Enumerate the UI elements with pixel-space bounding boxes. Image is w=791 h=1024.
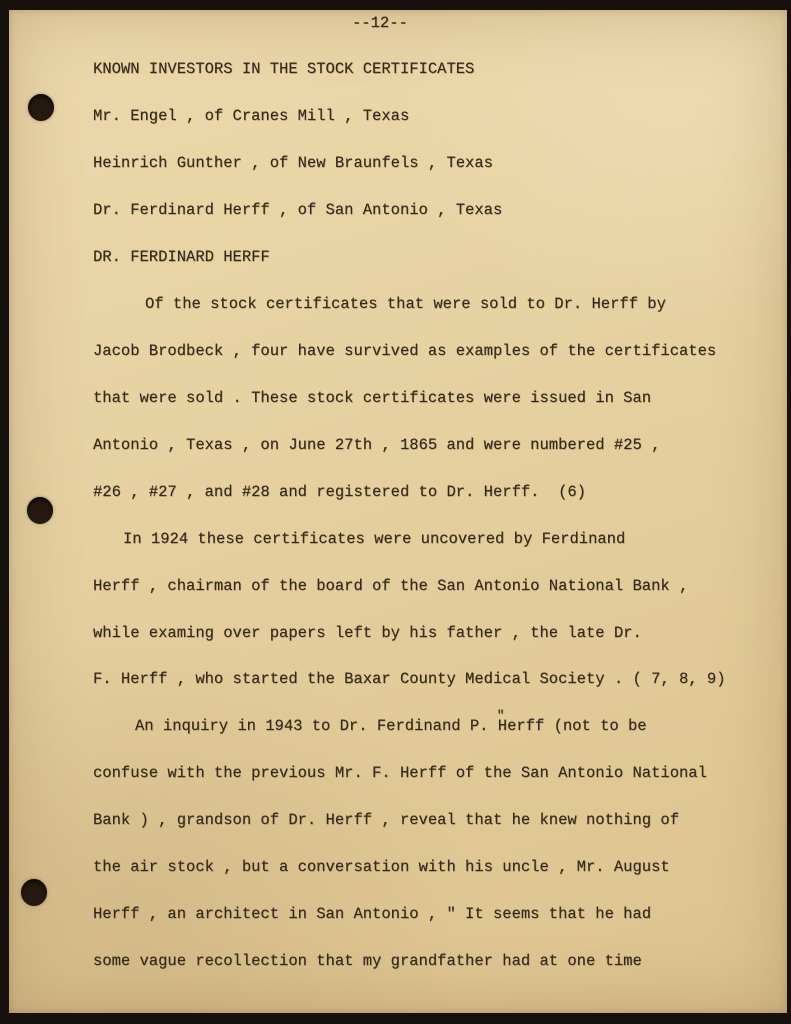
- section-heading: KNOWN INVESTORS IN THE STOCK CERTIFICATE…: [93, 60, 474, 79]
- text-line: Herff , an architect in San Antonio , " …: [93, 905, 651, 924]
- text-line: Heinrich Gunther , of New Braunfels , Te…: [93, 154, 493, 173]
- page-number: --12--: [352, 14, 408, 33]
- text-line: Dr. Ferdinard Herff , of San Antonio , T…: [93, 201, 502, 220]
- text-line: while examing over papers left by his fa…: [93, 624, 642, 643]
- section-heading: DR. FERDINARD HERFF: [93, 248, 270, 267]
- text-line: Herff , chairman of the board of the San…: [93, 577, 688, 596]
- hole-punch-bottom: [21, 879, 47, 906]
- text-line: Antonio , Texas , on June 27th , 1865 an…: [93, 436, 660, 455]
- hole-punch-top: [28, 94, 54, 121]
- scanned-typewritten-page: { "document": { "page_number": "--12--",…: [0, 0, 791, 1024]
- text-line: Jacob Brodbeck , four have survived as e…: [93, 342, 716, 361]
- hole-punch-middle: [27, 497, 53, 524]
- text-line: F. Herff , who started the Baxar County …: [93, 670, 726, 689]
- text-line: that were sold . These stock certificate…: [93, 389, 651, 408]
- text-line: the air stock , but a conversation with …: [93, 858, 670, 877]
- overstrike-mark: ″: [497, 706, 505, 725]
- text-line: In 1924 these certificates were uncovere…: [123, 530, 625, 549]
- text-line: Mr. Engel , of Cranes Mill , Texas: [93, 107, 409, 126]
- text-segment: Herff (not to be: [498, 717, 647, 735]
- text-line: some vague recollection that my grandfat…: [93, 952, 642, 971]
- text-line: Of the stock certificates that were sold…: [145, 295, 666, 314]
- text-line: An inquiry in 1943 to Dr. Ferdinand P. ″…: [135, 717, 647, 736]
- text-line: #26 , #27 , and #28 and registered to Dr…: [93, 483, 586, 502]
- text-segment: An inquiry in 1943 to Dr. Ferdinand P.: [135, 717, 498, 735]
- text-line: Bank ) , grandson of Dr. Herff , reveal …: [93, 811, 679, 830]
- text-line: confuse with the previous Mr. F. Herff o…: [93, 764, 707, 783]
